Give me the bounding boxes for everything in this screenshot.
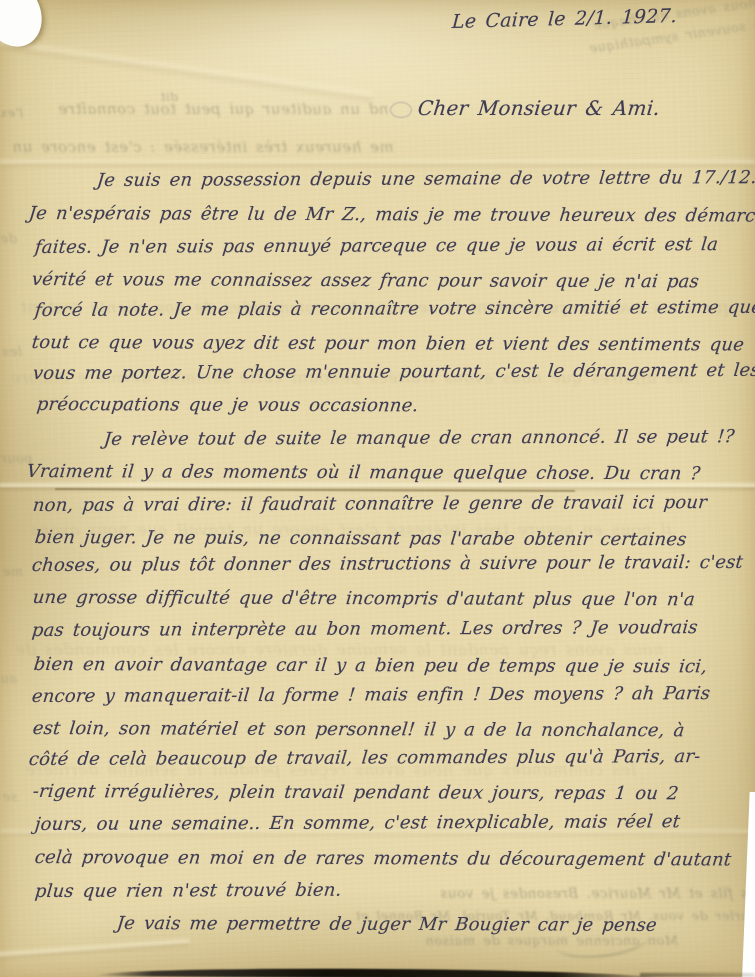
letter-line: tout ce que vous ayez dit est pour mon b…: [31, 332, 746, 355]
letter-line: jours, ou une semaine.. En somme, c'est …: [34, 811, 681, 835]
letter-body: Je suis en possession depuis une semaine…: [0, 0, 755, 977]
letter-line: pas toujours un interprète au bon moment…: [31, 617, 699, 641]
letter-line: forcé la note. Je me plais à reconnaître…: [34, 297, 755, 321]
letter-line: encore y manquerait-il la forme ! mais e…: [31, 683, 711, 707]
letter-line: Je vais me permettre de juger Mr Bougier…: [116, 913, 658, 936]
letter-line: vous me portez. Une chose m'ennuie pourt…: [32, 360, 755, 384]
letter-line: Je n'espérais pas être lu de Mr Z., mais…: [28, 203, 755, 227]
letter-line: non, pas à vrai dire: il faudrait connaî…: [32, 492, 708, 516]
letter-scan: dit Du 20 B. nous avons eu chaque l'état…: [0, 0, 755, 977]
letter-line: choses, ou plus tôt donner des instructi…: [31, 552, 744, 576]
letter-line: bien juger. Je ne puis, ne connaissant p…: [34, 527, 688, 550]
letter-line: celà provoque en moi en de rares moments…: [34, 847, 733, 870]
letter-line: faites. Je n'en suis pas ennuyé parceque…: [34, 234, 719, 258]
letter-line: plus que rien n'est trouvé bien.: [34, 880, 343, 902]
letter-line: Je relève tout de suite le manque de cra…: [103, 426, 736, 450]
letter-line: côté de celà beaucoup de travail, les co…: [28, 746, 702, 770]
letter-line: Vraiment il y a des moments où il manque…: [26, 461, 702, 484]
page-edge-shadow-bottom-right: [640, 973, 755, 977]
letter-line: Je suis en possession depuis une semaine…: [96, 167, 755, 191]
letter-line: préoccupations que je vous occasionne.: [36, 394, 420, 416]
letter-line: bien en avoir davantage car il y a bien …: [33, 654, 709, 677]
letter-line: est loin, son matériel et son personnel!…: [32, 718, 686, 741]
letter-line: -rigent irrégulières, plein travail pend…: [32, 781, 680, 804]
letter-line: une grosse difficulté que d'être incompr…: [32, 587, 696, 610]
letter-line: vérité et vous me connaissez assez franc…: [31, 269, 700, 292]
